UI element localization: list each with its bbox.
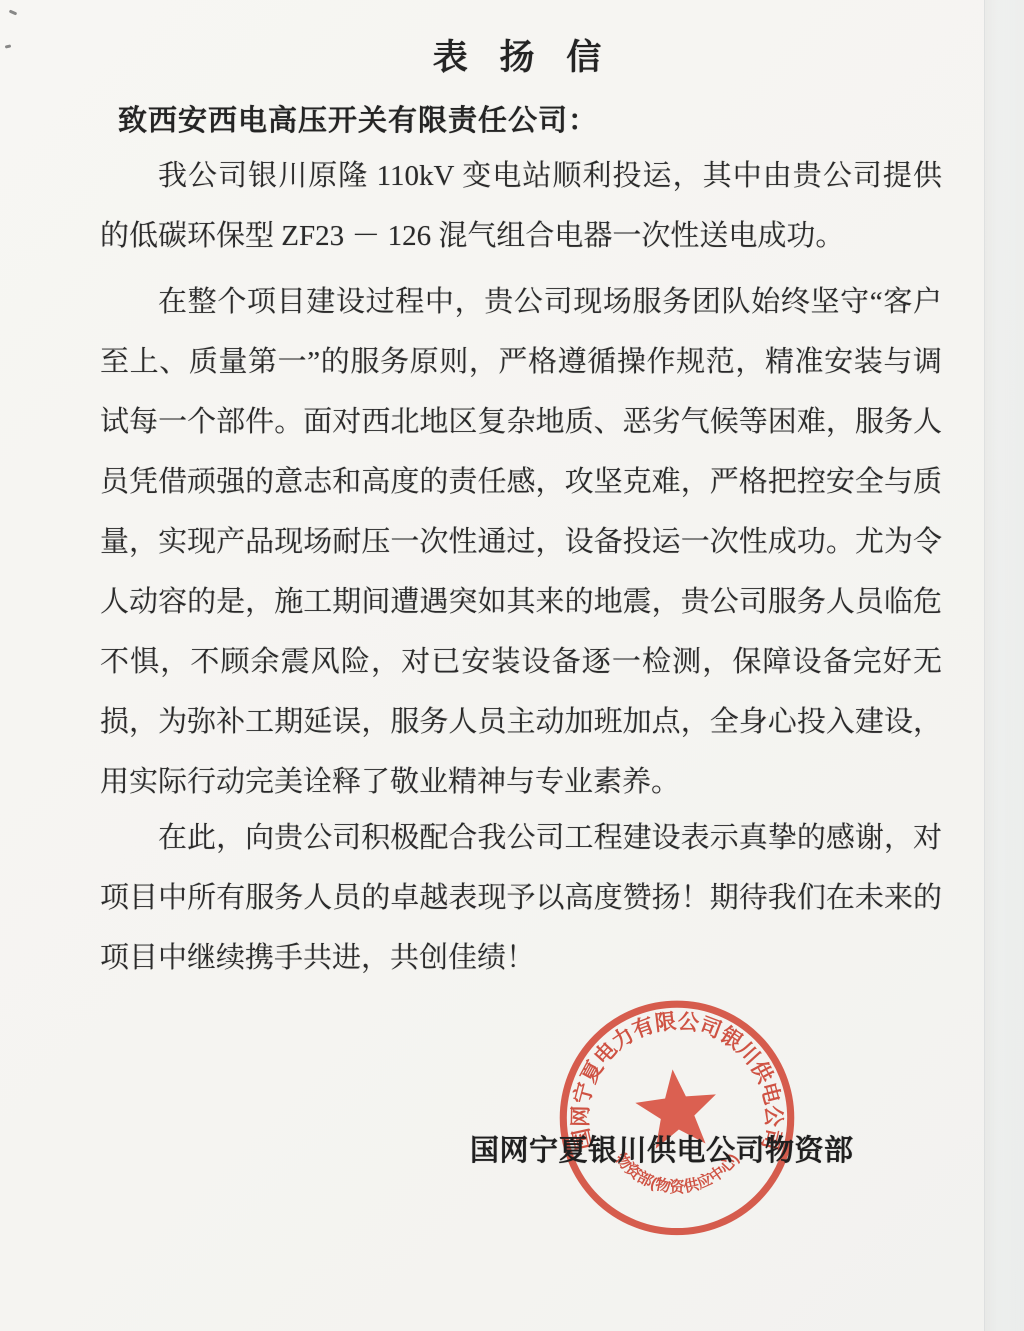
paragraph-3: 在此，向贵公司积极配合我公司工程建设表示真挚的感谢，对项目中所有服务人员的卓越表… (100, 808, 942, 988)
letter-page: 表 扬 信 致西安西电高压开关有限责任公司： 我公司银川原隆 110kV 变电站… (0, 0, 1024, 1331)
paragraph-2: 在整个项目建设过程中，贵公司现场服务团队始终坚守“客户至上、质量第一”的服务原则… (100, 272, 942, 812)
letter-title: 表 扬 信 (100, 30, 942, 80)
scan-right-edge (984, 0, 1024, 1331)
official-seal: 国网宁夏电力有限公司银川供电公司 物资部(物资供应中心) (545, 993, 809, 1257)
scan-speck (5, 44, 11, 48)
signature-line: 国网宁夏银川供电公司物资部 (470, 1128, 854, 1169)
scan-speck (9, 10, 18, 16)
salutation-line: 致西安西电高压开关有限责任公司： (118, 98, 598, 139)
paragraph-1: 我公司银川原隆 110kV 变电站顺利投运，其中由贵公司提供的低碳环保型 ZF2… (100, 146, 942, 266)
